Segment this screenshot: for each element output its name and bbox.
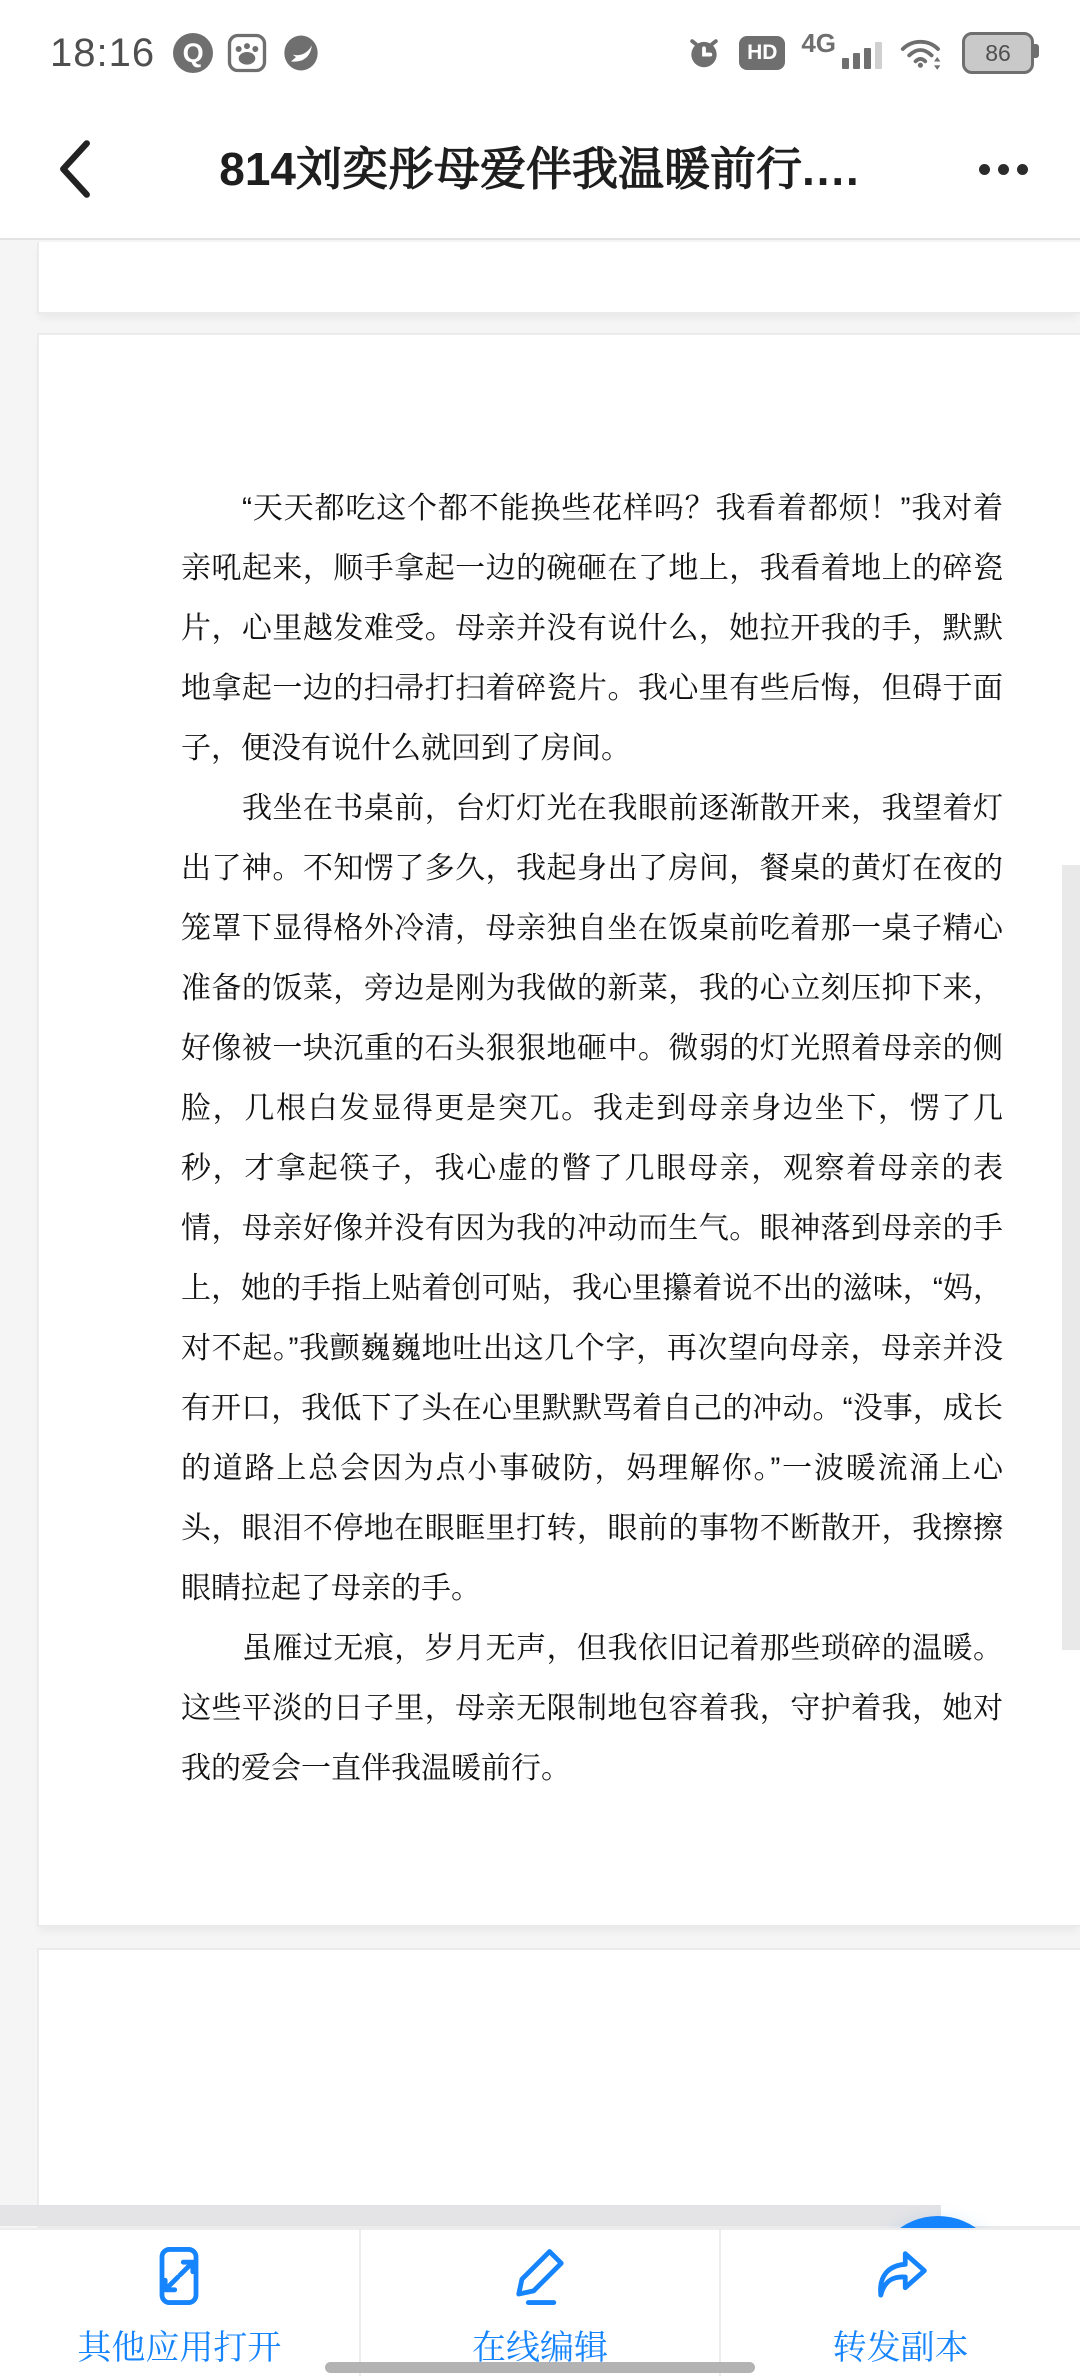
text-line: 这些平淡的日子里，母亲无限制地包容着我，守护着我，她对 <box>181 1679 1003 1739</box>
text-line: 我坐在书桌前，台灯灯光在我眼前逐渐散开来，我望着灯光 <box>181 779 1003 839</box>
hd-call-icon: HD <box>739 36 785 70</box>
text-line: 头，眼泪不停地在眼眶里打转，眼前的事物不断散开，我擦擦 <box>181 1499 1003 1559</box>
battery-icon: 86 <box>962 32 1034 74</box>
open-in-other-app-button[interactable]: 其他应用打开 <box>0 2230 359 2376</box>
text-line: 有开口，我低下了头在心里默默骂着自己的冲动。“没事，成长 <box>181 1379 1003 1439</box>
ellipsis-icon <box>979 164 990 175</box>
text-line: 片，心里越发难受。母亲并没有说什么，她拉开我的手，默默 <box>181 599 1003 659</box>
text-line: 脸，几根白发显得更是突兀。我走到母亲身边坐下，愣了几 <box>181 1079 1003 1139</box>
document-viewer[interactable]: “天天都吃这个都不能换些花样吗？我看着都烦！”我对着母亲吼起来，顺手拿起一边的碗… <box>0 240 1080 2228</box>
text-line: 对不起。”我颤巍巍地吐出这几个字，再次望向母亲，母亲并没 <box>181 1319 1003 1379</box>
text-line: 子，便没有说什么就回到了房间。 <box>181 719 1003 779</box>
text-line: 好像被一块沉重的石头狠狠地砸中。微弱的灯光照着母亲的侧 <box>181 1019 1003 1079</box>
forward-copy-icon <box>867 2242 935 2310</box>
chevron-left-icon <box>54 137 96 201</box>
text-line: 虽雁过无痕，岁月无声，但我依旧记着那些琐碎的温暖。在 <box>181 1619 1003 1679</box>
wifi-icon <box>898 33 946 73</box>
clock-time: 18:16 <box>50 31 155 76</box>
text-line: 出了神。不知愣了多久，我起身出了房间，餐桌的黄灯在夜的 <box>181 839 1003 899</box>
vertical-scrollbar[interactable] <box>1062 865 1080 1650</box>
text-line: 秒，才拿起筷子，我心虚的瞥了几眼母亲，观察着母亲的表 <box>181 1139 1003 1199</box>
cellular-signal-icon: 4G <box>801 38 882 69</box>
back-button[interactable] <box>52 136 98 202</box>
document-page: “天天都吃这个都不能换些花样吗？我看着都烦！”我对着母亲吼起来，顺手拿起一边的碗… <box>37 333 1080 1927</box>
text-line: 笼罩下显得格外冷清，母亲独自坐在饭桌前吃着那一桌子精心 <box>181 899 1003 959</box>
text-line: 上，她的手指上贴着创可贴，我心里攥着说不出的滋味，“妈， <box>181 1259 1003 1319</box>
text-line: 的道路上总会因为点小事破防，妈理解你。”一波暖流涌上心 <box>181 1439 1003 1499</box>
online-edit-button[interactable]: 在线编辑 <box>359 2230 720 2376</box>
toolbar-item-label: 转发副本 <box>833 2320 969 2369</box>
document-title: 814刘奕彤母爱伴我温暖前行.… <box>219 100 861 238</box>
home-indicator[interactable] <box>325 2362 755 2373</box>
document-text: “天天都吃这个都不能换些花样吗？我看着都烦！”我对着母亲吼起来，顺手拿起一边的碗… <box>181 479 1003 1799</box>
page-fragment-previous <box>37 242 1080 314</box>
screen: 18:16 Q HD 4G <box>0 0 1080 2376</box>
text-line: 地拿起一边的扫帚打扫着碎瓷片。我心里有些后悔，但碍于面 <box>181 659 1003 719</box>
status-bar: 18:16 Q HD 4G <box>0 0 1080 100</box>
baidu-notification-icon <box>227 33 267 73</box>
page-fragment-next <box>37 1948 1080 2228</box>
text-line: “天天都吃这个都不能换些花样吗？我看着都烦！”我对着母 <box>181 479 1003 539</box>
alarm-icon <box>685 34 723 72</box>
text-line: 眼睛拉起了母亲的手。 <box>181 1559 1003 1619</box>
more-menu-button[interactable] <box>979 100 1028 238</box>
text-line: 准备的饭菜，旁边是刚为我做的新菜，我的心立刻压抑下来， <box>181 959 1003 1019</box>
nav-bar: 814刘奕彤母爱伴我温暖前行.… <box>0 100 1080 240</box>
dingtalk-notification-icon <box>281 33 321 73</box>
horizontal-scrollbar[interactable] <box>0 2205 941 2226</box>
bottom-toolbar: 其他应用打开 在线编辑 转发副本 <box>0 2228 1080 2376</box>
text-line: 我的爱会一直伴我温暖前行。 <box>181 1739 1003 1799</box>
online-edit-icon <box>506 2242 574 2310</box>
chat-notification-icon: Q <box>173 33 213 73</box>
battery-level: 86 <box>985 40 1011 67</box>
text-line: 亲吼起来，顺手拿起一边的碗砸在了地上，我看着地上的碎瓷 <box>181 539 1003 599</box>
forward-copy-button[interactable]: 转发副本 <box>719 2230 1080 2376</box>
open-in-other-app-icon <box>145 2242 213 2310</box>
text-line: 情，母亲好像并没有因为我的冲动而生气。眼神落到母亲的手 <box>181 1199 1003 1259</box>
toolbar-item-label: 其他应用打开 <box>77 2320 281 2369</box>
